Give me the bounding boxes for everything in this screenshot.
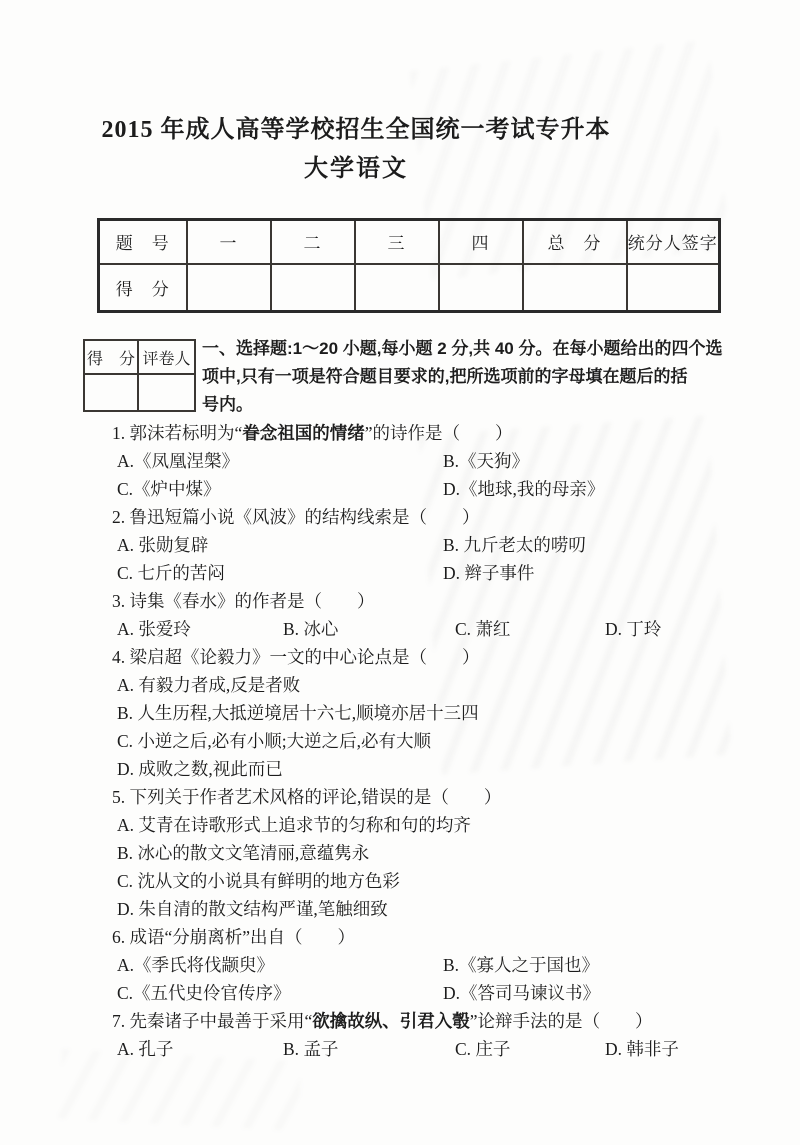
option-text: 有毅力者成,反是者败 xyxy=(134,675,300,695)
answer-paren: （ ） xyxy=(305,591,375,611)
question-stem-text: 鲁迅短篇小说《风波》的结构线索是 xyxy=(125,507,409,527)
option-C: C. 小逆之后,必有小顺;大逆之后,必有大顺 xyxy=(117,731,431,751)
option-B: B. 冰心 xyxy=(283,615,455,643)
option-row: A.《季氏将伐颛臾》B.《寡人之于国也》 xyxy=(112,951,718,979)
answer-paren: （ ） xyxy=(410,647,480,667)
option-D: D. 朱自清的散文结构严谨,笔触细致 xyxy=(117,899,388,919)
grader-box-score-cell xyxy=(84,374,138,411)
option-label: C. xyxy=(117,871,133,891)
question-7: 7. 先秦诸子中最善于采用“欲擒故纵、引君入彀”论辩手法的是（ ）A. 孔子B.… xyxy=(112,1007,718,1063)
answer-paren: （ ） xyxy=(431,787,501,807)
option-text: 丁玲 xyxy=(622,619,661,639)
question-4: 4. 梁启超《论毅力》一文的中心论点是（ ）A. 有毅力者成,反是者败B. 人生… xyxy=(112,643,718,783)
option-label: C. xyxy=(117,479,133,499)
option-text: 孔子 xyxy=(134,1039,173,1059)
option-label: A. xyxy=(117,451,134,471)
option-text: 沈从文的小说具有鲜明的地方色彩 xyxy=(133,871,400,891)
option-text: 《五代史伶官传序》 xyxy=(133,983,291,1003)
option-text: 九斤老太的唠叨 xyxy=(459,535,586,555)
option-row: B. 冰心的散文文笔清丽,意蕴隽永 xyxy=(112,839,718,867)
option-label: B. xyxy=(117,843,133,863)
exam-title-line2: 大学语文 xyxy=(0,148,712,183)
option-row: C. 七斤的苦闷D. 辫子事件 xyxy=(112,559,718,587)
question-2: 2. 鲁迅短篇小说《风波》的结构线索是（ ）A. 张勋复辟B. 九斤老太的唠叨C… xyxy=(112,503,718,587)
option-label: A. xyxy=(117,535,134,555)
option-label: A. xyxy=(117,1039,134,1059)
option-text: 《答司马谏议书》 xyxy=(460,983,600,1003)
question-stem-text: 先秦诸子中最善于采用“ xyxy=(125,1011,312,1031)
score-table-header-cell: 一 xyxy=(187,220,271,264)
score-summary-table: 题 号一二三四总 分统分人签字 得 分 xyxy=(97,218,721,313)
option-label: D. xyxy=(605,1039,622,1059)
grader-box: 得 分 评卷人 xyxy=(83,339,196,412)
question-stem-text: 梁启超《论毅力》一文的中心论点是 xyxy=(125,647,409,667)
question-number: 2. xyxy=(112,507,125,527)
option-A: A. 艾青在诗歌形式上追求节的匀称和句的均齐 xyxy=(117,815,471,835)
option-B: B. 人生历程,大抵逆境居十六七,顺境亦居十三四 xyxy=(117,703,479,723)
option-C: C.《五代史伶官传序》 xyxy=(117,979,443,1007)
option-label: B. xyxy=(443,955,459,975)
score-table-header-cell: 题 号 xyxy=(99,220,187,264)
section-one-instruction: 一、选择题:1～20 小题,每小题 2 分,共 40 分。在每小题给出的四个选项… xyxy=(202,335,724,419)
option-row: A. 艾青在诗歌形式上追求节的匀称和句的均齐 xyxy=(112,811,718,839)
option-label: A. xyxy=(117,619,134,639)
option-row: A.《凤凰涅槃》B.《天狗》 xyxy=(112,447,718,475)
option-label: C. xyxy=(455,1039,471,1059)
option-label: D. xyxy=(443,983,460,1003)
option-text: 冰心 xyxy=(299,619,338,639)
option-label: A. xyxy=(117,955,134,975)
option-A: A. 有毅力者成,反是者败 xyxy=(117,675,300,695)
option-text: 张勋复辟 xyxy=(134,535,208,555)
question-number: 1. xyxy=(112,423,125,443)
score-table-empty-cell xyxy=(187,264,271,312)
option-row: C. 沈从文的小说具有鲜明的地方色彩 xyxy=(112,867,718,895)
option-label: D. xyxy=(443,563,460,583)
instruction-line: 号内。 xyxy=(202,391,724,419)
option-text: 《天狗》 xyxy=(459,451,529,471)
option-label: C. xyxy=(117,983,133,1003)
score-table-empty-cell xyxy=(271,264,355,312)
option-text: 《炉中煤》 xyxy=(133,479,221,499)
instruction-line: 项中,只有一项是符合题目要求的,把所选项前的字母填在题后的括 xyxy=(202,363,724,391)
score-table-empty-cell xyxy=(523,264,627,312)
question-stem-text: 郭沫若标明为“ xyxy=(125,423,242,443)
option-B: B.《天狗》 xyxy=(443,447,529,475)
option-label: B. xyxy=(443,535,459,555)
option-label: C. xyxy=(455,619,471,639)
question-5: 5. 下列关于作者艺术风格的评论,错误的是（ ）A. 艾青在诗歌形式上追求节的匀… xyxy=(112,783,718,923)
option-text: 辫子事件 xyxy=(460,563,534,583)
option-B: B. 孟子 xyxy=(283,1035,455,1063)
option-row: A. 张爱玲B. 冰心C. 萧红D. 丁玲 xyxy=(112,615,718,643)
question-stem: 7. 先秦诸子中最善于采用“欲擒故纵、引君入彀”论辩手法的是（ ） xyxy=(112,1007,718,1035)
option-A: A.《凤凰涅槃》 xyxy=(117,447,443,475)
grader-box-grader-cell xyxy=(138,374,195,411)
question-number: 3. xyxy=(112,591,125,611)
question-number: 6. xyxy=(112,927,125,947)
exam-scan-page: 2015 年成人高等学校招生全国统一考试专升本 大学语文 题 号一二三四总 分统… xyxy=(0,0,800,1145)
option-text: 七斤的苦闷 xyxy=(133,563,225,583)
question-stem-text: 诗集《春水》的作者是 xyxy=(125,591,304,611)
option-row: D. 成败之数,视此而已 xyxy=(112,755,718,783)
question-number: 5. xyxy=(112,787,125,807)
score-table-header-cell: 统分人签字 xyxy=(627,220,720,264)
option-row: C.《炉中煤》D.《地球,我的母亲》 xyxy=(112,475,718,503)
option-label: D. xyxy=(117,899,134,919)
question-number: 7. xyxy=(112,1011,125,1031)
question-stem: 3. 诗集《春水》的作者是（ ） xyxy=(112,587,718,615)
option-A: A. 孔子 xyxy=(117,1035,283,1063)
option-row: C. 小逆之后,必有小顺;大逆之后,必有大顺 xyxy=(112,727,718,755)
option-row: B. 人生历程,大抵逆境居十六七,顺境亦居十三四 xyxy=(112,699,718,727)
score-table-empty-cell xyxy=(355,264,439,312)
question-stem: 1. 郭沫若标明为“眷念祖国的情绪”的诗作是（ ） xyxy=(112,419,718,447)
option-text: 韩非子 xyxy=(622,1039,679,1059)
score-table-header-cell: 二 xyxy=(271,220,355,264)
instruction-line: 一、选择题:1～20 小题,每小题 2 分,共 40 分。在每小题给出的四个选 xyxy=(202,335,724,363)
option-text: 张爱玲 xyxy=(134,619,191,639)
option-A: A.《季氏将伐颛臾》 xyxy=(117,951,443,979)
question-stem: 6. 成语“分崩离析”出自（ ） xyxy=(112,923,718,951)
score-table-empty-cell xyxy=(439,264,523,312)
question-stem-emphasis: 眷念祖国的情绪 xyxy=(242,423,365,443)
score-table-header-cell: 四 xyxy=(439,220,523,264)
option-B: B. 冰心的散文文笔清丽,意蕴隽永 xyxy=(117,843,369,863)
option-label: C. xyxy=(117,731,133,751)
answer-paren: （ ） xyxy=(583,1011,653,1031)
option-text: 小逆之后,必有小顺;大逆之后,必有大顺 xyxy=(133,731,431,751)
score-table-score-row: 得 分 xyxy=(99,264,720,312)
option-B: B.《寡人之于国也》 xyxy=(443,951,599,979)
grader-box-score-label: 得 分 xyxy=(84,340,138,374)
question-stem-text: 成语“分崩离析”出自 xyxy=(125,927,285,947)
question-stem-text: 下列关于作者艺术风格的评论,错误的是 xyxy=(125,787,431,807)
option-C: C. 庄子 xyxy=(455,1035,605,1063)
option-text: 《地球,我的母亲》 xyxy=(460,479,604,499)
question-stem: 4. 梁启超《论毅力》一文的中心论点是（ ） xyxy=(112,643,718,671)
score-table-row-label: 得 分 xyxy=(99,264,187,312)
exam-title-line1: 2015 年成人高等学校招生全国统一考试专升本 xyxy=(0,109,712,144)
score-table-header-row: 题 号一二三四总 分统分人签字 xyxy=(99,220,720,264)
option-text: 萧红 xyxy=(471,619,510,639)
question-stem: 5. 下列关于作者艺术风格的评论,错误的是（ ） xyxy=(112,783,718,811)
option-text: 庄子 xyxy=(471,1039,510,1059)
option-D: D.《地球,我的母亲》 xyxy=(443,475,604,503)
answer-paren: （ ） xyxy=(410,507,480,527)
option-text: 《季氏将伐颛臾》 xyxy=(134,955,274,975)
option-text: 朱自清的散文结构严谨,笔触细致 xyxy=(134,899,388,919)
option-row: D. 朱自清的散文结构严谨,笔触细致 xyxy=(112,895,718,923)
option-text: 《凤凰涅槃》 xyxy=(134,451,239,471)
answer-paren: （ ） xyxy=(443,423,513,443)
option-label: A. xyxy=(117,815,134,835)
option-label: D. xyxy=(605,619,622,639)
option-label: A. xyxy=(117,675,134,695)
option-D: D. 辫子事件 xyxy=(443,559,534,587)
option-text: 冰心的散文文笔清丽,意蕴隽永 xyxy=(133,843,369,863)
question-stem-emphasis: 欲擒故纵、引君入彀 xyxy=(312,1011,470,1031)
option-D: D.《答司马谏议书》 xyxy=(443,979,600,1007)
option-text: 人生历程,大抵逆境居十六七,顺境亦居十三四 xyxy=(133,703,479,723)
option-label: B. xyxy=(117,703,133,723)
option-label: B. xyxy=(443,451,459,471)
score-table-empty-cell xyxy=(627,264,720,312)
option-C: C. 七斤的苦闷 xyxy=(117,559,443,587)
option-text: 成败之数,视此而已 xyxy=(134,759,283,779)
question-3: 3. 诗集《春水》的作者是（ ）A. 张爱玲B. 冰心C. 萧红D. 丁玲 xyxy=(112,587,718,643)
option-D: D. 成败之数,视此而已 xyxy=(117,759,283,779)
option-D: D. 丁玲 xyxy=(605,615,661,643)
option-A: A. 张爱玲 xyxy=(117,615,283,643)
option-label: B. xyxy=(283,1039,299,1059)
score-table-header-cell: 总 分 xyxy=(523,220,627,264)
option-label: D. xyxy=(443,479,460,499)
question-6: 6. 成语“分崩离析”出自（ ）A.《季氏将伐颛臾》B.《寡人之于国也》C.《五… xyxy=(112,923,718,1007)
option-A: A. 张勋复辟 xyxy=(117,531,443,559)
option-row: A. 有毅力者成,反是者败 xyxy=(112,671,718,699)
option-D: D. 韩非子 xyxy=(605,1035,679,1063)
option-label: B. xyxy=(283,619,299,639)
score-table-header-cell: 三 xyxy=(355,220,439,264)
answer-paren: （ ） xyxy=(285,927,355,947)
option-B: B. 九斤老太的唠叨 xyxy=(443,531,586,559)
option-text: 孟子 xyxy=(299,1039,338,1059)
option-row: C.《五代史伶官传序》D.《答司马谏议书》 xyxy=(112,979,718,1007)
option-label: C. xyxy=(117,563,133,583)
question-stem: 2. 鲁迅短篇小说《风波》的结构线索是（ ） xyxy=(112,503,718,531)
option-C: C. 萧红 xyxy=(455,615,605,643)
option-label: D. xyxy=(117,759,134,779)
option-text: 艾青在诗歌形式上追求节的匀称和句的均齐 xyxy=(134,815,471,835)
option-text: 《寡人之于国也》 xyxy=(459,955,599,975)
option-C: C.《炉中煤》 xyxy=(117,475,443,503)
option-row: A. 孔子B. 孟子C. 庄子D. 韩非子 xyxy=(112,1035,718,1063)
option-C: C. 沈从文的小说具有鲜明的地方色彩 xyxy=(117,871,400,891)
question-stem-text: ”的诗作是 xyxy=(365,423,443,443)
question-stem-text: ”论辩手法的是 xyxy=(470,1011,583,1031)
question-list: 1. 郭沫若标明为“眷念祖国的情绪”的诗作是（ ）A.《凤凰涅槃》B.《天狗》C… xyxy=(112,419,718,1063)
grader-box-grader-label: 评卷人 xyxy=(138,340,195,374)
question-1: 1. 郭沫若标明为“眷念祖国的情绪”的诗作是（ ）A.《凤凰涅槃》B.《天狗》C… xyxy=(112,419,718,503)
question-number: 4. xyxy=(112,647,125,667)
option-row: A. 张勋复辟B. 九斤老太的唠叨 xyxy=(112,531,718,559)
